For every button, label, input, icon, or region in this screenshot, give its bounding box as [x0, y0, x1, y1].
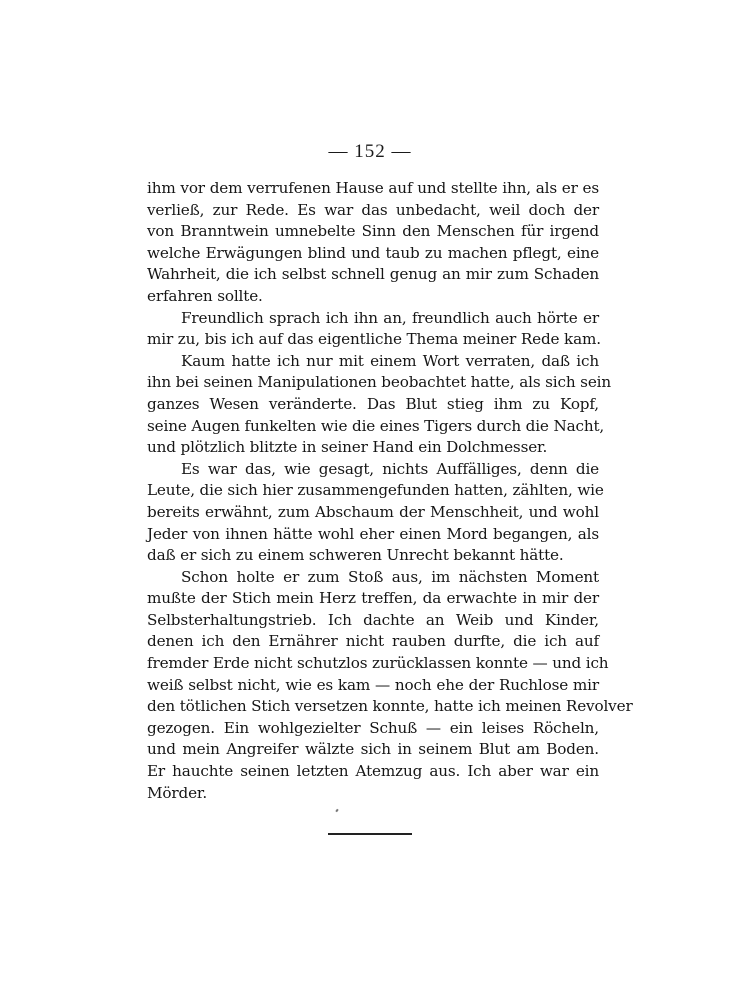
text-line: erfahren sollte.: [147, 286, 599, 308]
text-line: ganzes Wesen veränderte. Das Blut stieg …: [147, 394, 599, 416]
text-line: Leute, die sich hier zusammengefunden ha…: [147, 480, 599, 502]
text-line: von Branntwein umnebelte Sinn den Mensch…: [147, 221, 599, 243]
text-line: Kaum hatte ich nur mit einem Wort verrat…: [147, 351, 599, 373]
text-line: Er hauchte seinen letzten Atemzug aus. I…: [147, 761, 599, 783]
text-line: Jeder von ihnen hätte wohl eher einen Mo…: [147, 524, 599, 546]
text-line: Es war das, wie gesagt, nichts Auffällig…: [147, 459, 599, 481]
text-line: und plötzlich blitzte in seiner Hand ein…: [147, 437, 599, 459]
text-line: gezogen. Ein wohlgezielter Schuß — ein l…: [147, 718, 599, 740]
book-page: — 152 — ihm vor dem verrufenen Hause auf…: [0, 0, 740, 1000]
paragraph-5: Schon holte er zum Stoß aus, im nächsten…: [147, 567, 599, 805]
text-line: ihm vor dem verrufenen Hause auf und ste…: [147, 178, 599, 200]
text-line: Mörder.: [147, 783, 599, 805]
scan-speck: [335, 809, 338, 813]
text-line: mir zu, bis ich auf das eigentliche Them…: [147, 329, 599, 351]
text-line: Schon holte er zum Stoß aus, im nächsten…: [147, 567, 599, 589]
text-line: und mein Angreifer wälzte sich in seinem…: [147, 739, 599, 761]
text-line: mußte der Stich mein Herz treffen, da er…: [147, 588, 599, 610]
text-line: bereits erwähnt, zum Abschaum der Mensch…: [147, 502, 599, 524]
body-text: ihm vor dem verrufenen Hause auf und ste…: [147, 178, 599, 804]
text-line: weiß selbst nicht, wie es kam — noch ehe…: [147, 675, 599, 697]
text-line: verließ, zur Rede. Es war das unbedacht,…: [147, 200, 599, 222]
text-line: Freundlich sprach ich ihn an, freundlich…: [147, 308, 599, 330]
text-line: Wahrheit, die ich selbst schnell genug a…: [147, 264, 599, 286]
text-line: seine Augen funkelten wie die eines Tige…: [147, 416, 599, 438]
paragraph-1: ihm vor dem verrufenen Hause auf und ste…: [147, 178, 599, 308]
page-number: — 152 —: [0, 141, 740, 163]
paragraph-4: Es war das, wie gesagt, nichts Auffällig…: [147, 459, 599, 567]
text-line: Selbsterhaltungstrieb. Ich dachte an Wei…: [147, 610, 599, 632]
text-line: fremder Erde nicht schutzlos zurücklasse…: [147, 653, 599, 675]
section-end-rule: [328, 833, 412, 835]
text-line: ihn bei seinen Manipulationen beobachtet…: [147, 372, 599, 394]
text-line: daß er sich zu einem schweren Unrecht be…: [147, 545, 599, 567]
text-line: den tötlichen Stich versetzen konnte, ha…: [147, 696, 599, 718]
text-line: welche Erwägungen blind und taub zu mach…: [147, 243, 599, 265]
paragraph-2: Freundlich sprach ich ihn an, freundlich…: [147, 308, 599, 351]
text-line: denen ich den Ernährer nicht rauben durf…: [147, 631, 599, 653]
paragraph-3: Kaum hatte ich nur mit einem Wort verrat…: [147, 351, 599, 459]
